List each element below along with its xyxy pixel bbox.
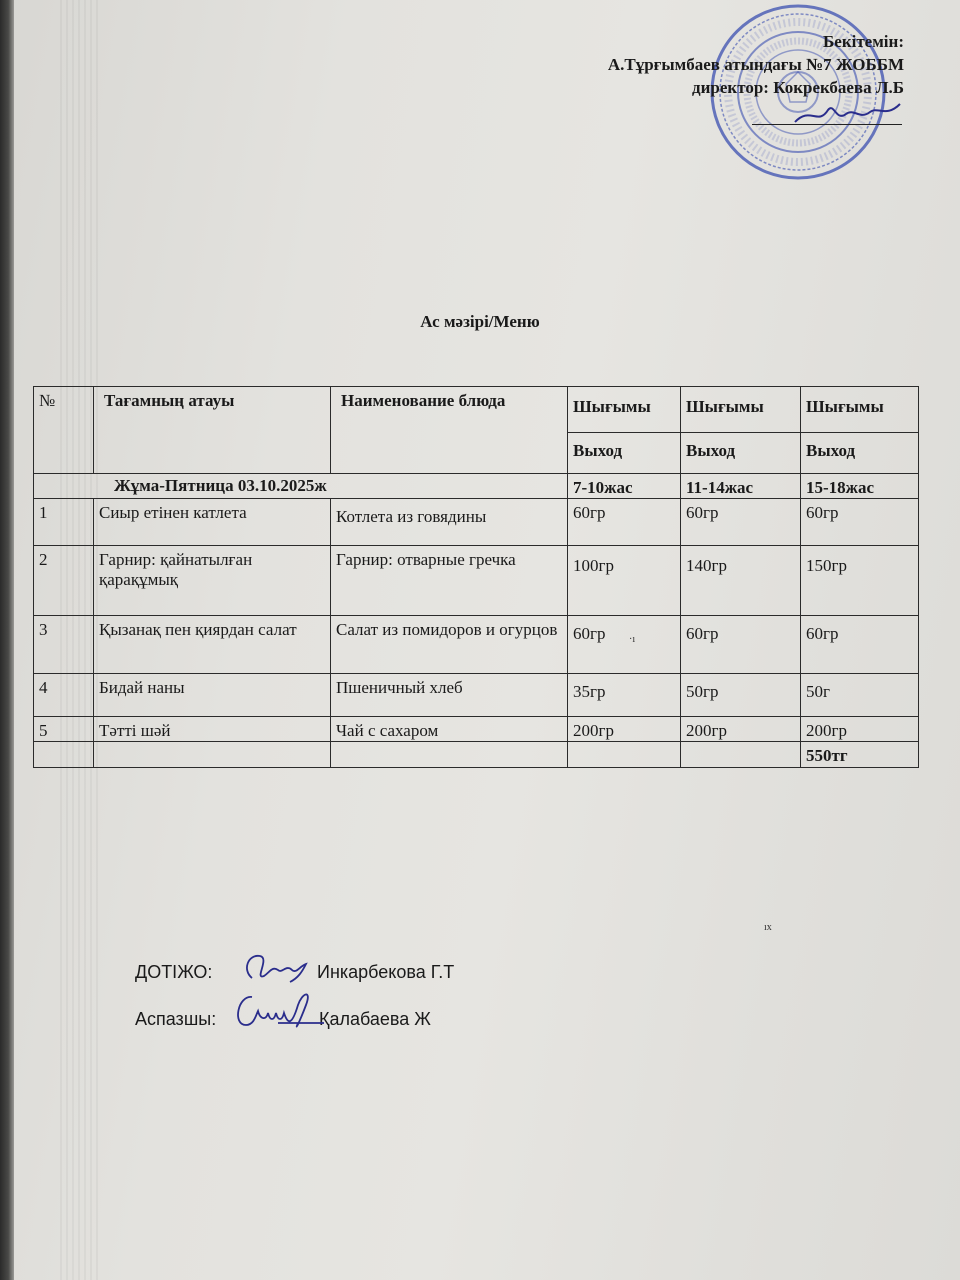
dish-name-ru: Гарнир: отварные гречка: [331, 546, 568, 616]
menu-table: № Тағамның атауы Наименование блюда Шығы…: [33, 386, 919, 768]
header-output-kz: Шығымы: [681, 387, 801, 433]
row-number: 1: [34, 499, 94, 546]
portion: 35гр: [568, 674, 681, 717]
portion: 60гр: [801, 616, 919, 674]
portion: 100гр: [568, 546, 681, 616]
portion: 50гр: [681, 674, 801, 717]
age-group: 15-18жас: [801, 474, 919, 499]
table-row: 4 Бидай наны Пшеничный хлеб 35гр 50гр 50…: [34, 674, 919, 717]
nutritionist-name: Инкарбекова Г.Т: [317, 962, 454, 983]
header-output-ru: Выход: [801, 433, 919, 474]
header-name-ru: Наименование блюда: [331, 387, 568, 474]
header-output-ru: Выход: [568, 433, 681, 474]
table-header-row: № Тағамның атауы Наименование блюда Шығы…: [34, 387, 919, 433]
portion: 60гр: [681, 616, 801, 674]
approval-heading: Бекітемін:: [608, 30, 904, 53]
total-row: 550тг: [34, 742, 919, 768]
dish-name-kz: Қызанақ пен қиярдан салат: [94, 616, 331, 674]
table-row: 3 Қызанақ пен қиярдан салат Салат из пом…: [34, 616, 919, 674]
portion: 60гр: [801, 499, 919, 546]
dish-name-ru: Пшеничный хлеб: [331, 674, 568, 717]
row-number: 3: [34, 616, 94, 674]
portion: 200гр: [681, 717, 801, 742]
ink-speck: ıx: [764, 922, 772, 933]
header-number: №: [34, 387, 94, 474]
table-row: 1 Сиыр етінен катлета Котлета из говядин…: [34, 499, 919, 546]
table-row: 2 Гарнир: қайнатылған қарақұмық Гарнир: …: [34, 546, 919, 616]
portion: 200гр: [801, 717, 919, 742]
portion: 60гр: [568, 499, 681, 546]
cook-name: Қалабаева Ж: [319, 1009, 431, 1030]
row-number: 5: [34, 717, 94, 742]
paper-edge-shadow: [0, 0, 14, 1280]
day-label: Жұма-Пятница 03.10.2025ж: [34, 474, 568, 499]
portion: 140гр: [681, 546, 801, 616]
dish-name-kz: Сиыр етінен катлета: [94, 499, 331, 546]
header-output-ru: Выход: [681, 433, 801, 474]
dish-name-kz: Тәтті шәй: [94, 717, 331, 742]
age-group: 11-14жас: [681, 474, 801, 499]
portion: 150гр: [801, 546, 919, 616]
portion: 60гр: [681, 499, 801, 546]
cook-label: Аспазшы:: [135, 1009, 216, 1030]
cook-signature-icon: [228, 985, 328, 1035]
header-name-kz: Тағамның атауы: [94, 387, 331, 474]
dish-name-ru: Чай с сахаром: [331, 717, 568, 742]
approval-block: Бекітемін: А.Тұрғымбаев атындағы №7 ЖОББ…: [608, 30, 904, 99]
table-row: 5 Тәтті шәй Чай с сахаром 200гр 200гр 20…: [34, 717, 919, 742]
dish-name-kz: Гарнир: қайнатылған қарақұмық: [94, 546, 331, 616]
page-title: Ас мәзірі/Меню: [0, 312, 960, 332]
nutritionist-signature-icon: [240, 950, 310, 986]
dish-name-kz: Бидай наны: [94, 674, 331, 717]
header-output-kz: Шығымы: [801, 387, 919, 433]
portion: 200гр: [568, 717, 681, 742]
nutritionist-label: ДОТІЖО:: [135, 962, 212, 983]
school-name: А.Тұрғымбаев атындағы №7 ЖОББМ: [608, 53, 904, 76]
header-output-kz: Шығымы: [568, 387, 681, 433]
dish-name-ru: Котлета из говядины: [331, 499, 568, 546]
portion: 60гр: [568, 616, 681, 674]
age-group: 7-10жас: [568, 474, 681, 499]
row-number: 2: [34, 546, 94, 616]
day-row: Жұма-Пятница 03.10.2025ж 7-10жас 11-14жа…: [34, 474, 919, 499]
director-signature-line: [752, 124, 902, 125]
row-number: 4: [34, 674, 94, 717]
portion: 50г: [801, 674, 919, 717]
dish-name-ru: Салат из помидоров и огурцов: [331, 616, 568, 674]
total-price: 550тг: [801, 742, 919, 768]
ink-speck: ·ı: [629, 634, 635, 645]
